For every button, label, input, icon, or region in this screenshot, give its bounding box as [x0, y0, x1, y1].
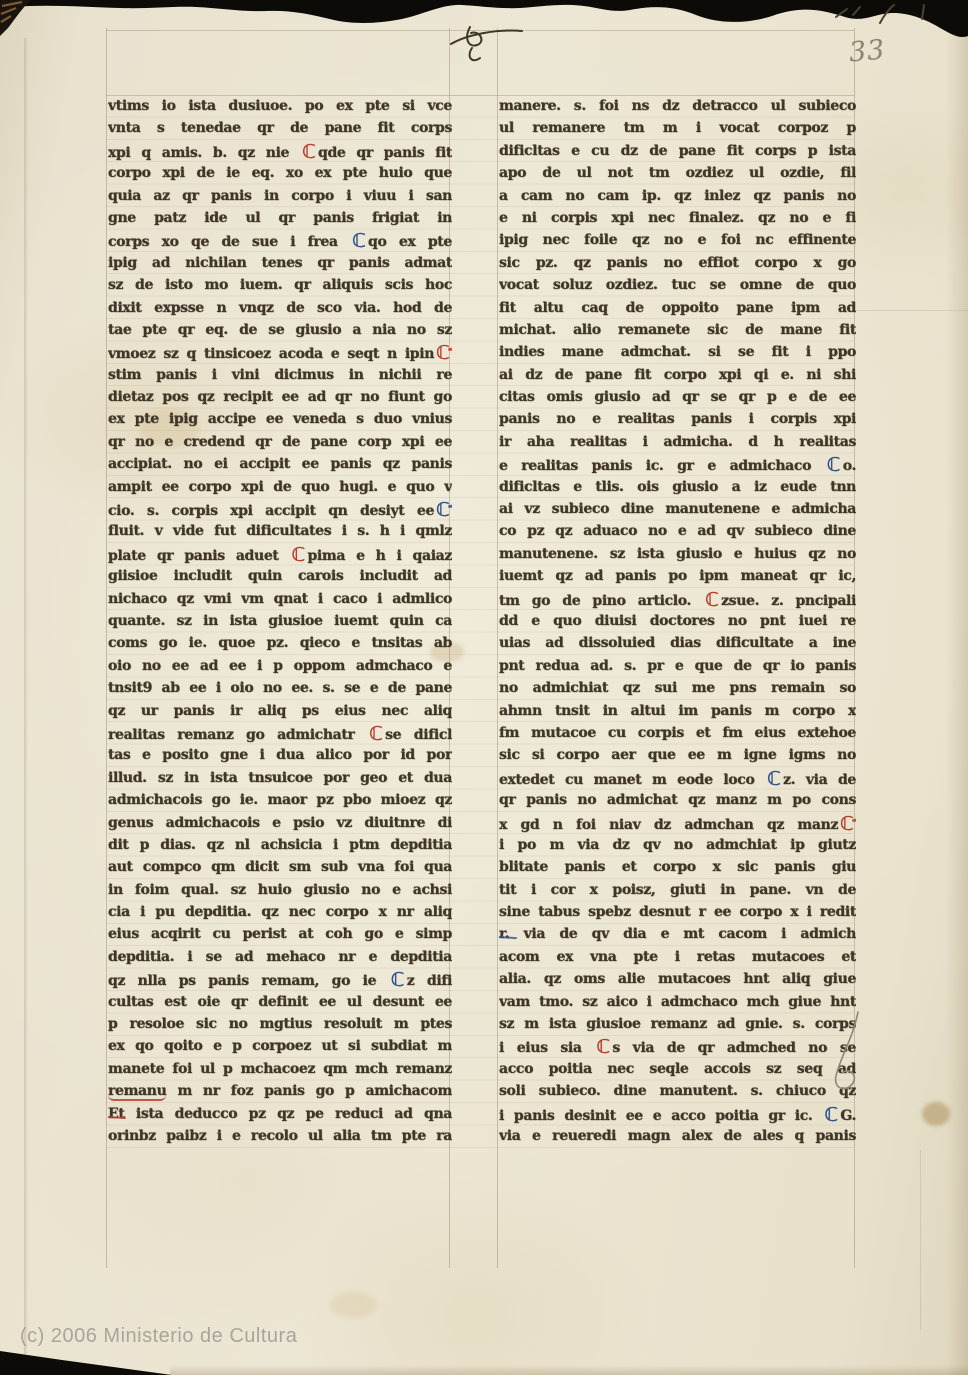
- top-center-ink-mark: [451, 27, 522, 60]
- scan-edge-top: [0, 0, 968, 37]
- manuscript-scan: vtims io ista dusiuoe. po ex pte si vcev…: [0, 0, 968, 1375]
- scan-edge-bottom: [0, 1351, 172, 1375]
- copyright-watermark: (c) 2006 Ministerio de Cultura: [20, 1325, 297, 1348]
- scan-overlay: [0, 0, 968, 1375]
- pencil-loop-flourish: [836, 1012, 858, 1089]
